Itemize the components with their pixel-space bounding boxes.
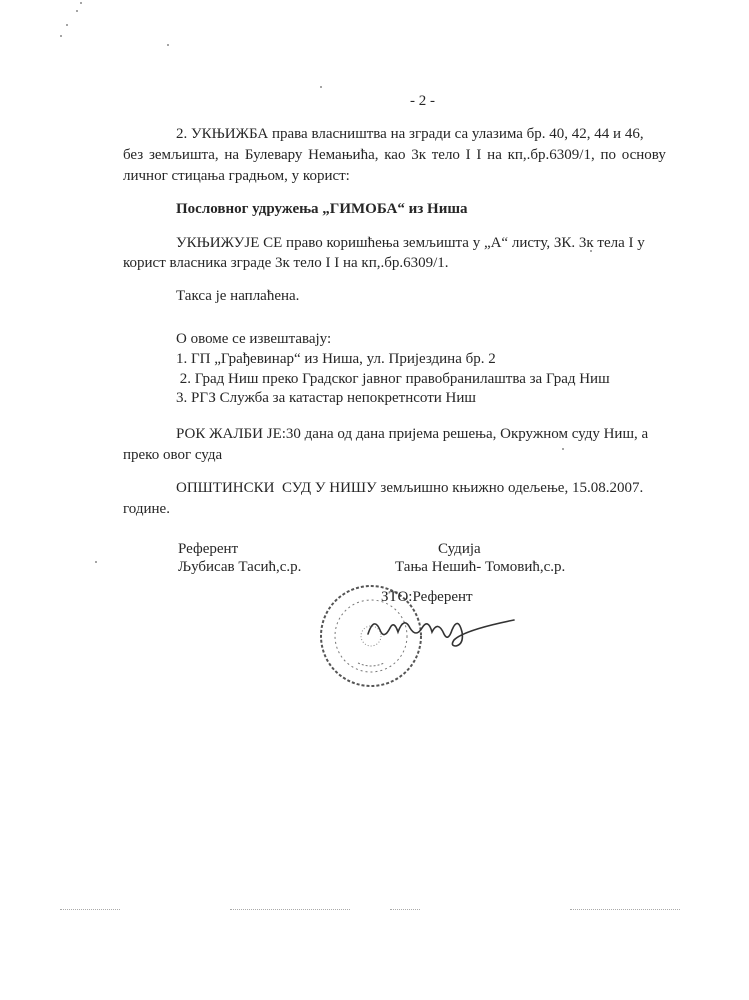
- item2-line3: личног стицања градњом, у корист:: [123, 167, 350, 185]
- scan-speck: [95, 561, 97, 563]
- scan-speck: [562, 448, 564, 450]
- court-line2: године.: [123, 500, 170, 518]
- registration-line2: корист власника зграде 3к тело I I на кп…: [123, 254, 449, 272]
- court-line1: ОПШТИНСКИ СУД У НИШУ земљишно књижно оде…: [176, 479, 643, 497]
- fee-note: Такса је наплаћена.: [176, 287, 299, 305]
- notified-item: 3. РГЗ Служба за катастар непокретнсоти …: [176, 389, 476, 407]
- notified-item: 1. ГП „Грађевинар“ из Ниша, ул. Пријезди…: [176, 350, 496, 368]
- judge-name: Тања Нешић- Томовић,с.р.: [395, 558, 565, 576]
- beneficiary: Пословног удружења „ГИМОБА“ из Ниша: [176, 200, 468, 218]
- notified-item: 2. Град Ниш преко Градског јавног правоб…: [176, 370, 610, 388]
- page-number: - 2 -: [410, 92, 435, 110]
- scan-speck: [80, 2, 82, 4]
- scan-speck: [66, 24, 68, 26]
- appeal-line2: преко овог суда: [123, 446, 222, 464]
- scan-artifact-line: [230, 909, 350, 911]
- scan-speck: [320, 86, 322, 88]
- scan-artifact-line: [570, 909, 680, 911]
- signature-icon: [360, 604, 540, 654]
- item2-line1: 2. УКЊИЖБА права власништва на згради са…: [176, 125, 644, 143]
- scan-speck: [60, 35, 62, 37]
- referent-title: Референт: [178, 540, 238, 558]
- appeal-line1: РОК ЖАЛБИ ЈЕ:30 дана од дана пријема реш…: [176, 425, 648, 443]
- referent-name: Љубисав Тасић,с.р.: [178, 558, 301, 576]
- registration-line1: УКЊИЖУЈЕ СЕ право коришћења земљишта у „…: [176, 234, 645, 252]
- scan-speck: [167, 44, 169, 46]
- scan-artifact-line: [390, 909, 420, 911]
- item2-line2: без земљишта, на Булевару Немањића, као …: [123, 146, 666, 164]
- scan-speck: [76, 10, 78, 12]
- scan-artifact-line: [60, 909, 120, 911]
- notified-heading: О овоме се извештавају:: [176, 330, 331, 348]
- judge-title: Судија: [438, 540, 481, 558]
